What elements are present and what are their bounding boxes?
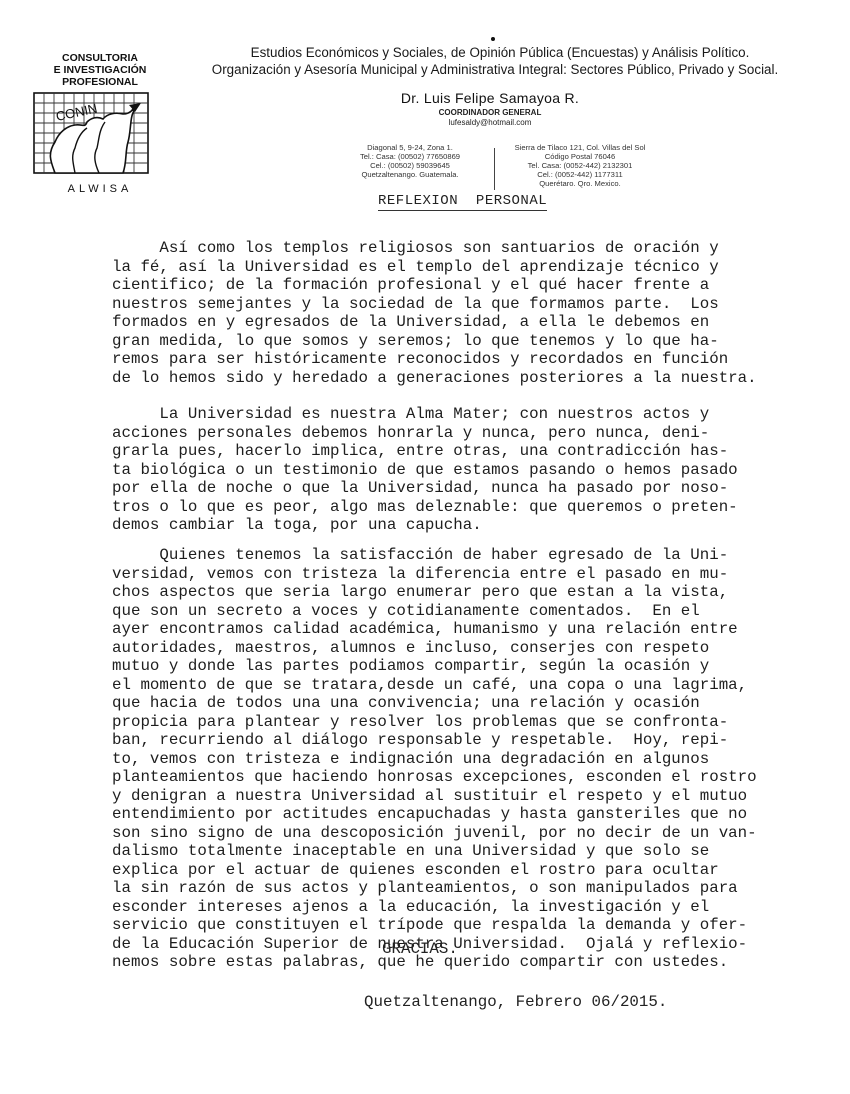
address-line: Tel.: Casa: (00502) 77650869 (345, 152, 475, 161)
paragraph-2: La Universidad es nuestra Alma Mater; co… (112, 405, 792, 535)
address-mexico: Sierra de Tilaco 121, Col. Villas del So… (505, 143, 655, 188)
scan-speck (491, 37, 495, 41)
org-line: CONSULTORIA (20, 52, 180, 64)
conin-logo-icon: CONIN (33, 92, 149, 174)
date-line: Quetzaltenango, Febrero 06/2015. (364, 993, 667, 1011)
author-email: lufesaldy@hotmail.com (380, 118, 600, 127)
address-line: Cel.: (0052-442) 1177311 (505, 170, 655, 179)
author-name: Dr. Luis Felipe Samayoa R. (380, 90, 600, 106)
address-line: Quetzaltenango. Guatemala. (345, 170, 475, 179)
address-line: Código Postal 76046 (505, 152, 655, 161)
paragraph-text: Así como los templos religiosos son sant… (112, 239, 792, 387)
org-name: CONSULTORIA E INVESTIGACIÓN PROFESIONAL (20, 52, 180, 88)
address-line: Querétaro. Qro. Mexico. (505, 179, 655, 188)
address-divider (494, 148, 495, 190)
address-line: Tel. Casa: (0052-442) 2132301 (505, 161, 655, 170)
address-line: Cel.: (00502) 59039645 (345, 161, 475, 170)
author-role: COORDINADOR GENERAL (380, 108, 600, 117)
paragraph-3: Quienes tenemos la satisfacción de haber… (112, 546, 792, 972)
logo-footer: ALWISA (20, 183, 180, 195)
address-line: Sierra de Tilaco 121, Col. Villas del So… (505, 143, 655, 152)
tagline-services: Estudios Económicos y Sociales, de Opini… (200, 45, 800, 60)
address-guatemala: Diagonal 5, 9-24, Zona 1. Tel.: Casa: (0… (345, 143, 475, 179)
closing: GRACIAS. (382, 940, 458, 958)
document-title: REFLEXION PERSONAL (378, 194, 547, 211)
paragraph-1: Así como los templos religiosos son sant… (112, 239, 792, 387)
org-line: E INVESTIGACIÓN (20, 64, 180, 76)
org-line: PROFESIONAL (20, 76, 180, 88)
address-line: Diagonal 5, 9-24, Zona 1. (345, 143, 475, 152)
tagline-sectors: Organización y Asesoría Municipal y Admi… (190, 62, 800, 77)
paragraph-text: La Universidad es nuestra Alma Mater; co… (112, 405, 792, 535)
paragraph-text: Quienes tenemos la satisfacción de haber… (112, 546, 792, 972)
